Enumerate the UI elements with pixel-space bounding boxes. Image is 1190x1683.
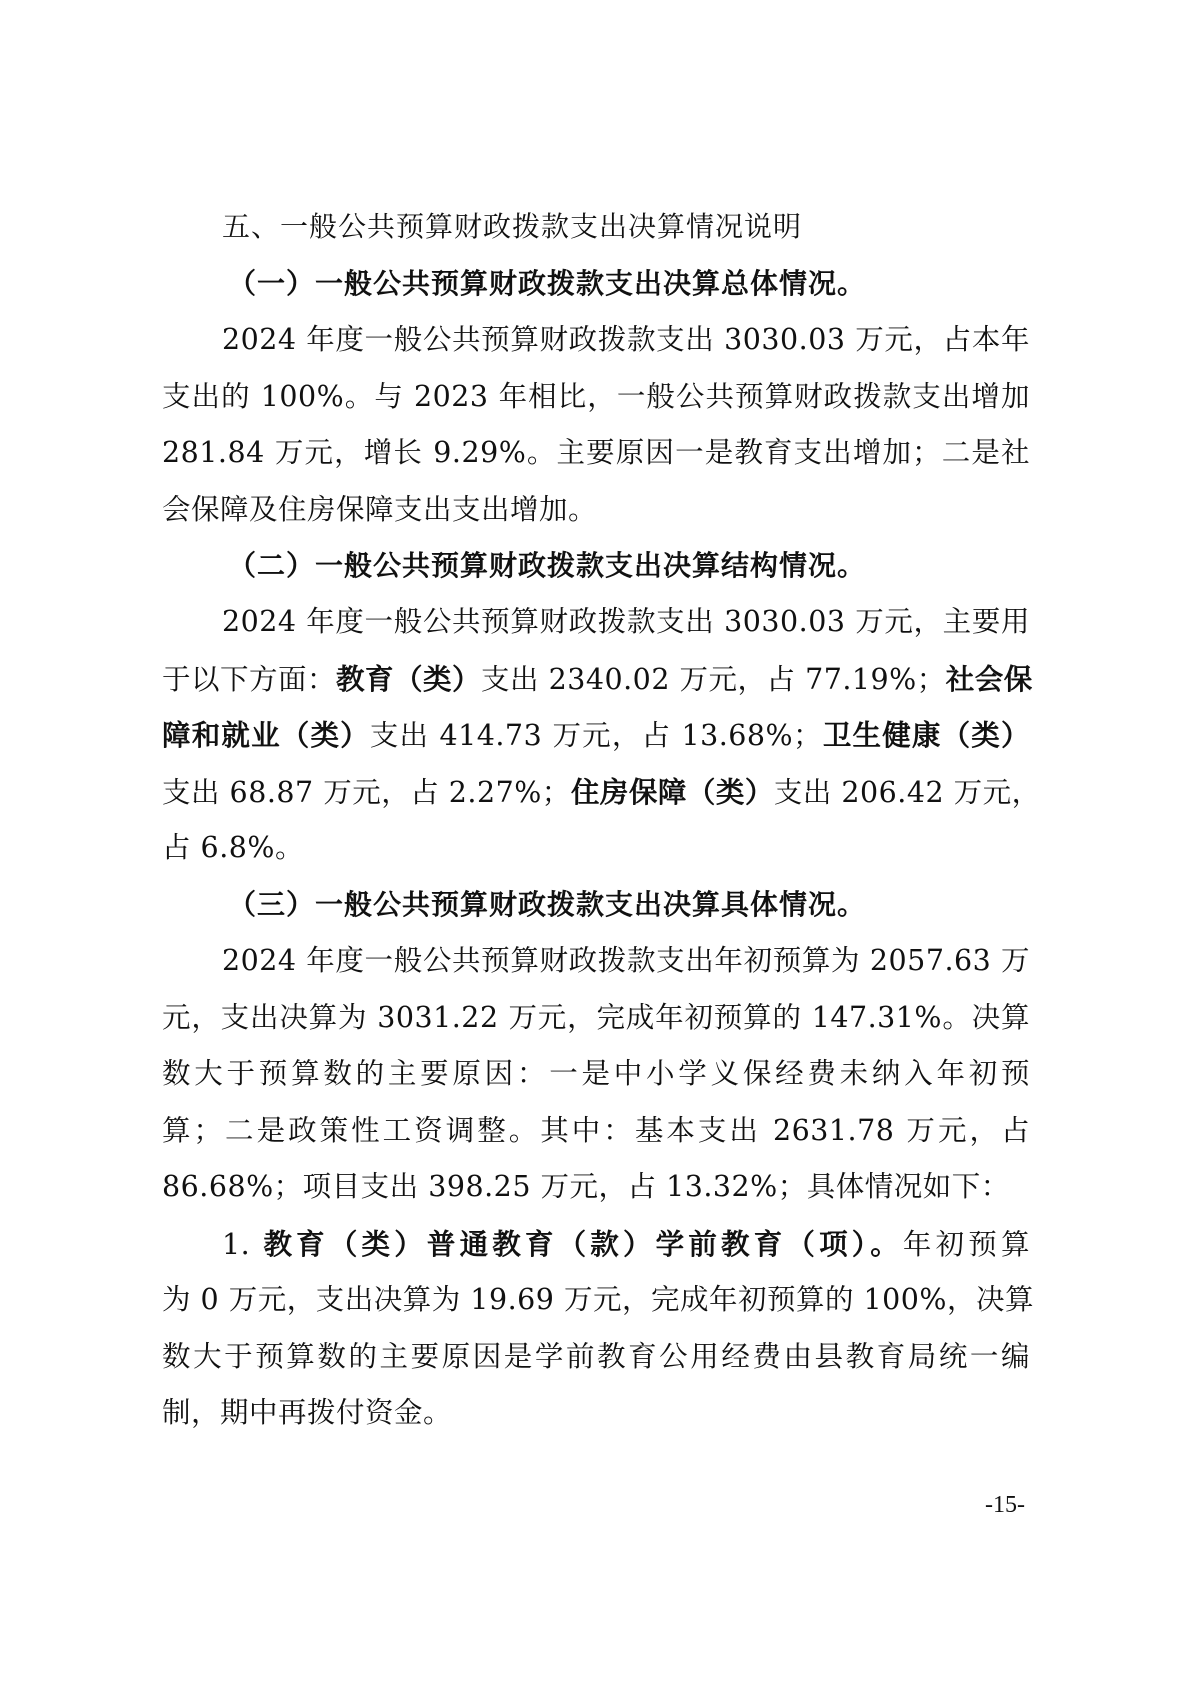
- subsection-title-1: （一）一般公共预算财政拨款支出决算总体情况。: [228, 264, 866, 304]
- paragraph-line: 制，期中再拨付资金。: [162, 1393, 1030, 1433]
- section-heading: 五、一般公共预算财政拨款支出决算情况说明: [222, 207, 802, 247]
- category-housing: 住房保障（类）: [571, 775, 774, 809]
- paragraph-line: 2024 年度一般公共预算财政拨款支出 3030.03 万元，占本年: [222, 320, 1030, 360]
- subsection-title-3: （三）一般公共预算财政拨款支出决算具体情况。: [228, 885, 866, 925]
- category-health: 卫生健康（类）: [822, 718, 1030, 752]
- page-number: -15-: [985, 1492, 1025, 1519]
- paragraph-line: 支出的 100%。与 2023 年相比，一般公共预算财政拨款支出增加: [162, 377, 1030, 417]
- category-social-security: 社会保: [946, 662, 1033, 696]
- item-1-title: 教育（类）普通教育（款）学前教育（项）。: [263, 1227, 902, 1261]
- paragraph-line: 2024 年度一般公共预算财政拨款支出 3030.03 万元，主要用: [222, 602, 1030, 642]
- paragraph-line: 于以下方面：教育（类）支出 2340.02 万元，占 77.19%；社会保: [162, 659, 1030, 700]
- paragraph-line: 数大于预算数的主要原因：一是中小学义保经费未纳入年初预: [162, 1054, 1030, 1094]
- paragraph-line: 会保障及住房保障支出支出增加。: [162, 490, 1030, 530]
- paragraph-line: 算；二是政策性工资调整。其中：基本支出 2631.78 万元，占: [162, 1111, 1030, 1151]
- category-education: 教育（类）: [336, 662, 481, 696]
- paragraph-line: 281.84 万元，增长 9.29%。主要原因一是教育支出增加；二是社: [162, 433, 1030, 473]
- subsection-title-2: （二）一般公共预算财政拨款支出决算结构情况。: [228, 546, 866, 586]
- paragraph-line: 数大于预算数的主要原因是学前教育公用经费由县教育局统一编: [162, 1337, 1030, 1377]
- paragraph-line: 障和就业（类）支出 414.73 万元，占 13.68%；卫生健康（类）: [162, 715, 1030, 756]
- paragraph-line: 为 0 万元，支出决算为 19.69 万元，完成年初预算的 100%，决算: [162, 1280, 1030, 1320]
- paragraph-line: 86.68%；项目支出 398.25 万元，占 13.32%；具体情况如下：: [162, 1167, 1030, 1207]
- paragraph-line: 元，支出决算为 3031.22 万元，完成年初预算的 147.31%。决算: [162, 998, 1030, 1038]
- document-page: 五、一般公共预算财政拨款支出决算情况说明 （一）一般公共预算财政拨款支出决算总体…: [0, 0, 1190, 1683]
- paragraph-line: 支出 68.87 万元，占 2.27%；住房保障（类）支出 206.42 万元，: [162, 772, 1030, 813]
- paragraph-line: 占 6.8%。: [162, 828, 1030, 868]
- item-1-line: 1. 教育（类）普通教育（款）学前教育（项）。年初预算: [222, 1224, 1030, 1265]
- paragraph-line: 2024 年度一般公共预算财政拨款支出年初预算为 2057.63 万: [222, 941, 1030, 981]
